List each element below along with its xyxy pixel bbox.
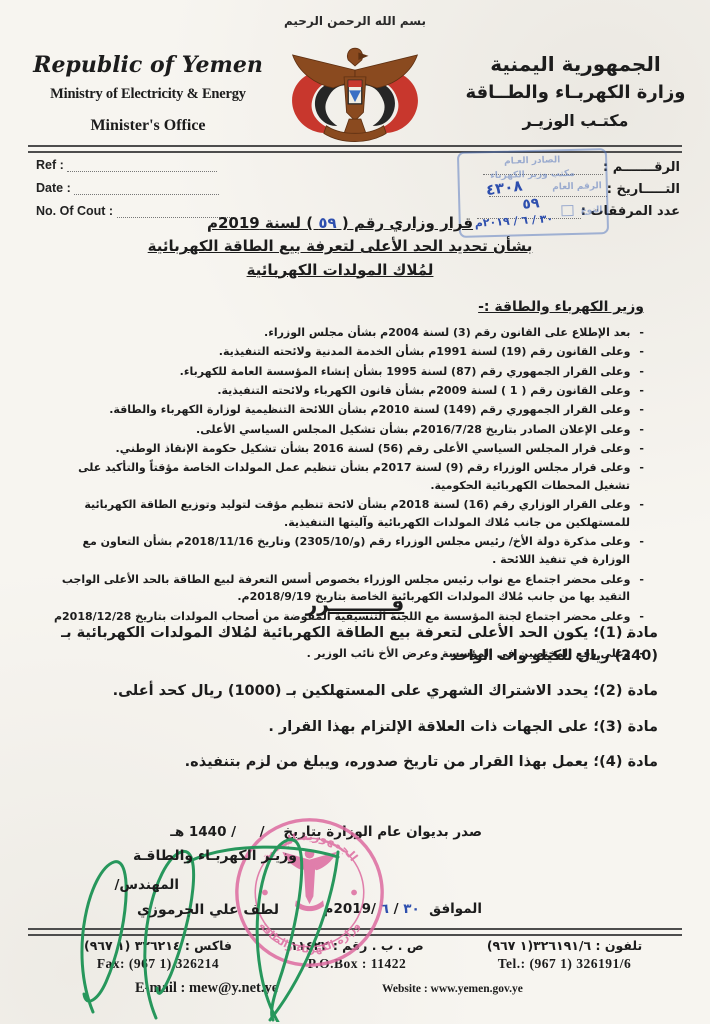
minister-heading: وزير الكهرباء والطاقة :- (478, 299, 644, 315)
decree-title-line3: لمُلاك المولدات الكهربائية (120, 259, 560, 282)
tel-english: Tel.: (967 1) 326191/6 (457, 956, 672, 972)
header-center: بسم الله الرحمن الرحيم (255, 14, 455, 150)
preamble-item: وعلى القرار الوزاري رقم (16) لسنة 2018م … (48, 496, 644, 532)
date-label: Date : (36, 181, 71, 195)
decision-heading: قـــــــــرر (0, 592, 710, 616)
number-label-ar: الرقـــــــم : (603, 160, 680, 175)
handwritten-decree-number: ٥٩ (522, 195, 541, 213)
yemen-coat-of-arms-icon (267, 28, 443, 146)
signatory-honorific: المهندس/ (42, 877, 179, 893)
scanned-decree-document: Republic of Yemen Ministry of Electricit… (0, 0, 710, 1024)
ministry-name-en: Ministry of Electricity & Energy (28, 86, 268, 103)
header-arabic: الجمهورية اليمنية وزارة الكهربـاء والطــ… (463, 52, 688, 130)
article-1: مادة (1)؛ يكون الحد الأعلى لتعرفة بيع ال… (42, 622, 658, 668)
preamble-item: وعلى القانون رقم ( 1 ) لسنة 2009م بشأن ق… (48, 382, 644, 400)
handwritten-title-number: ٥٩ (318, 214, 336, 232)
office-name-en: Minister's Office (28, 117, 268, 135)
date-separator: / (389, 901, 403, 917)
ref-blank-line (67, 160, 217, 172)
ref-label: Ref : (36, 158, 64, 172)
email-address: E-mail : mew@y.net.ye (135, 980, 278, 997)
footer-telephone: تلفون : ٣٢٦١٩١/٦(١ ٩٦٧) Tel.: (967 1) 32… (457, 938, 672, 972)
svg-text:وزارة الكهرباء والطاقة: وزارة الكهرباء والطاقة (257, 919, 363, 955)
preamble-item: وعلى قرار المجلس السياسي الأعلى رقم (56)… (48, 440, 644, 458)
no-of-cout-label: No. Of Cout : (36, 204, 113, 218)
date-blank-line (74, 183, 219, 195)
office-name-ar: مكتـب الوزيـر (463, 111, 688, 130)
decree-title: قرار وزاري رقم ( ٥٩ ) لسنة 2019م بشأن تح… (120, 212, 560, 282)
tel-arabic: تلفون : ٣٢٦١٩١/٦(١ ٩٦٧) (457, 938, 672, 953)
handwritten-day: ٣٠ (403, 901, 419, 917)
preamble-item: وعلى القانون رقم (19) لسنة 1991م بشأن ال… (48, 343, 644, 361)
registry-stamp-type-label: النوع (580, 205, 602, 216)
header-english: Republic of Yemen Ministry of Electricit… (28, 52, 268, 135)
signatory-title: وزيـر الكهربـاء والطاقـة (42, 848, 297, 864)
decree-title-line1: قرار وزاري رقم ( ٥٩ ) لسنة 2019م (120, 212, 560, 235)
preamble-item: وعلى قرار مجلس الوزراء رقم (9) لسنة 2017… (48, 459, 644, 495)
website-address: Website : www.yemen.gov.ye (382, 983, 523, 995)
title-line1-prefix: قرار وزاري رقم ( (337, 214, 473, 232)
date-label-ar: التـــــاريخ : (607, 182, 680, 197)
preamble-item: وعلى الإعلان الصادر بتاريخ 2016/7/28م بش… (48, 421, 644, 439)
gregorian-prefix: الموافق (420, 901, 482, 917)
preamble-item: بعد الإطلاع على القانون رقم (3) لسنة 200… (48, 324, 644, 342)
articles-list: مادة (1)؛ يكون الحد الأعلى لتعرفة بيع ال… (42, 622, 658, 786)
preamble-item: وعلى القرار الجمهوري رقم (87) لسنة 1995 … (48, 363, 644, 381)
decree-title-line2: بشأن تحديد الحد الأعلى لتعرفة بيع الطاقة… (120, 235, 560, 258)
title-line1-suffix: ) لسنة 2019م (207, 214, 318, 232)
ministry-name-ar: وزارة الكهربـاء والطــاقة (463, 82, 688, 103)
article-3: مادة (3)؛ على الجهات ذات العلاقة الإلتزا… (42, 716, 658, 739)
country-name-en: Republic of Yemen (28, 52, 268, 78)
country-name-ar: الجمهورية اليمنية (463, 52, 688, 76)
bismillah-calligraphy: بسم الله الرحمن الرحيم (255, 14, 455, 28)
article-2: مادة (2)؛ يحدد الاشتراك الشهري على المست… (42, 680, 658, 703)
preamble-item: وعلى مذكرة دولة الأخ/ رئيس مجلس الوزراء … (48, 533, 644, 569)
stamp-text-bottom: وزارة الكهرباء والطاقة (257, 919, 363, 955)
signatory-name: لطف علي الجرموزي (42, 902, 279, 918)
preamble-item: وعلى القرار الجمهوري رقم (149) لسنة 2010… (48, 401, 644, 419)
type-checkbox (561, 204, 573, 215)
signature-block: وزيـر الكهربـاء والطاقـة المهندس/ لطف عل… (42, 848, 297, 918)
